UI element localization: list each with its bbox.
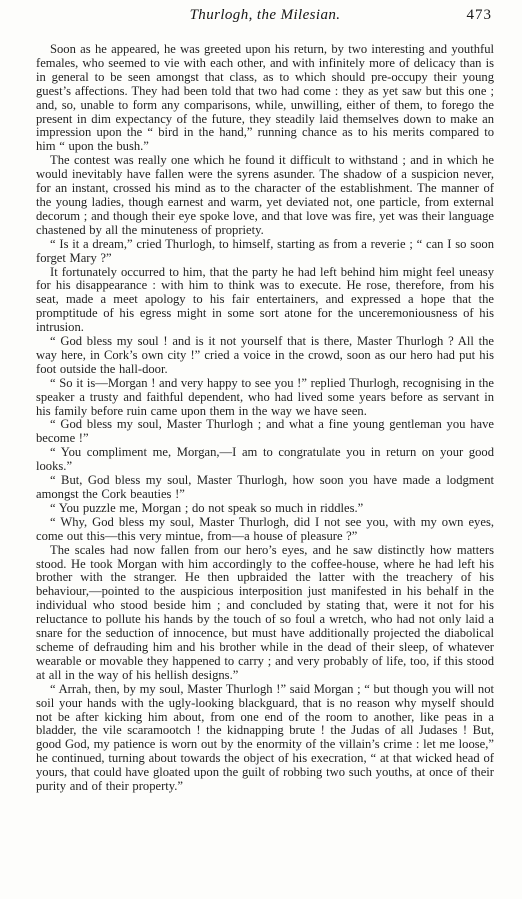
running-title: Thurlogh, the Milesian. (36, 7, 494, 24)
paragraph: “ You puzzle me, Morgan ; do not speak s… (36, 502, 494, 516)
page-body: Soon as he appeared, he was greeted upon… (36, 43, 494, 794)
paragraph: “ God bless my soul, Master Thurlogh ; a… (36, 418, 494, 446)
paragraph: “ God bless my soul ! and is it not your… (36, 335, 494, 377)
paragraph: “ Is it a dream,” cried Thurlogh, to him… (36, 238, 494, 266)
paragraph: The scales had now fallen from our hero’… (36, 544, 494, 683)
book-page: Thurlogh, the Milesian. 473 Soon as he a… (0, 0, 522, 899)
paragraph: “ Why, God bless my soul, Master Thurlog… (36, 516, 494, 544)
page-header: Thurlogh, the Milesian. 473 (36, 0, 494, 33)
paragraph: The contest was really one which he foun… (36, 154, 494, 237)
paragraph: “ You compliment me, Morgan,—I am to con… (36, 446, 494, 474)
paragraph: “ But, God bless my soul, Master Thurlog… (36, 474, 494, 502)
paragraph: It fortunately occurred to him, that the… (36, 266, 494, 336)
paragraph: “ Arrah, then, by my soul, Master Thurlo… (36, 683, 494, 794)
paragraph: Soon as he appeared, he was greeted upon… (36, 43, 494, 154)
paragraph: “ So it is—Morgan ! and very happy to se… (36, 377, 494, 419)
page-number: 473 (467, 7, 493, 24)
